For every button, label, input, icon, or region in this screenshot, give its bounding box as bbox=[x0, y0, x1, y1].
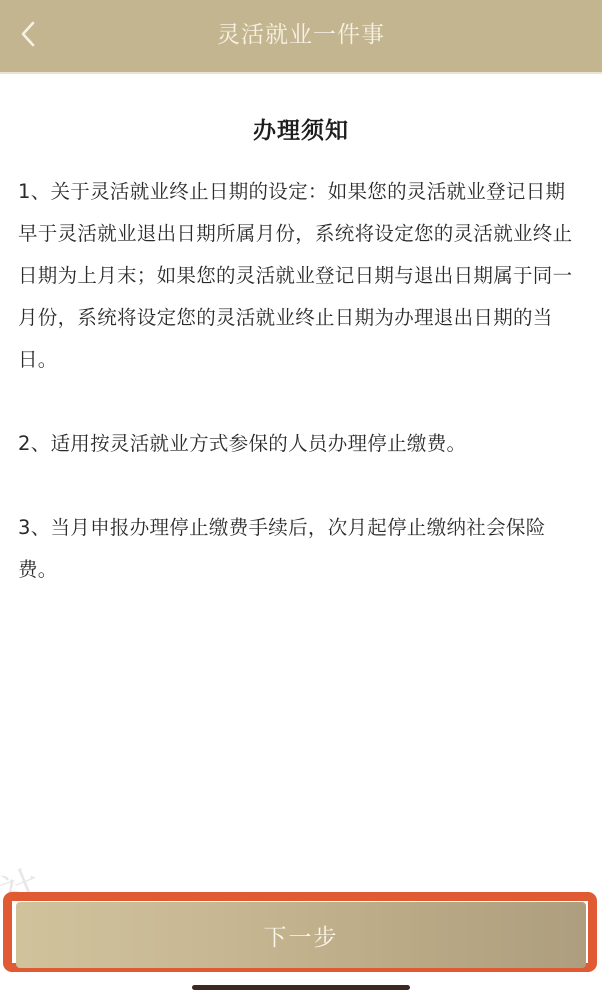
notice-item-2: 2、适用按灵活就业方式参保的人员办理停止缴费。 bbox=[18, 423, 584, 465]
notice-item-1: 1、关于灵活就业终止日期的设定：如果您的灵活就业登记日期早于灵活就业退出日期所属… bbox=[18, 171, 584, 381]
home-indicator bbox=[192, 985, 410, 990]
notice-item-3: 3、当月申报办理停止缴费手续后，次月起停止缴纳社会保险费。 bbox=[18, 507, 584, 591]
next-step-label: 下一步 bbox=[264, 919, 339, 952]
next-step-button[interactable]: 下一步 bbox=[16, 902, 586, 968]
page-title: 灵活就业一件事 bbox=[0, 0, 602, 70]
page: 灵活就业一件事 办理须知 1、关于灵活就业终止日期的设定：如果您的灵活就业登记日… bbox=[0, 0, 602, 996]
notice-content: 办理须知 1、关于灵活就业终止日期的设定：如果您的灵活就业登记日期早于灵活就业退… bbox=[18, 72, 584, 591]
notice-title: 办理须知 bbox=[18, 112, 584, 145]
nav-bar: 灵活就业一件事 bbox=[0, 0, 602, 74]
